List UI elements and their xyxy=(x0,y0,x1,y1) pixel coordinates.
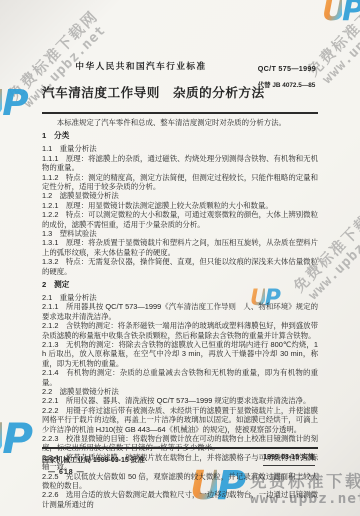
clause-paragraph: 1.1.1 原理：将滤膜上的杂质，通过磁铁、灼烧处理分别测得含铁物、有机物和无机… xyxy=(42,154,318,173)
document-content: 中华人民共和国汽车行业标准 QC/T 575—1999 代替 JB 4072.5… xyxy=(0,0,360,516)
clause-paragraph: 1.3 塑料试验法 xyxy=(42,229,318,238)
footer-rule xyxy=(42,447,318,449)
clause-paragraph: 2.2.3 校准显微镜的目镜：将载物台测微计放在可动的载物台上校准目镜测微计的刻… xyxy=(42,434,318,453)
clause-paragraph: 1.2.1 原理：用显微镜计数法测定滤膜上较大杂质颗粒的大小和数量。 xyxy=(42,201,318,210)
clause-paragraph: 2.1 重量分析法 xyxy=(42,293,318,302)
standard-society-line: 中华人民共和国汽车行业标准 xyxy=(42,60,240,72)
scanned-standard-page: 免费标准下载网 www.upbz.net 免费标准下载网 www.upbz.ne… xyxy=(0,0,360,516)
standard-number: QC/T 575—1999 xyxy=(258,64,316,73)
clause-paragraph: 2.2.2 用镊子将过滤后带有被测杂质、未经烘干的滤膜置于显微镜载片上，并使滤膜… xyxy=(42,406,318,434)
approval-line: 国家机械工业局 1999-03-15 批准 xyxy=(42,455,145,465)
clause-paragraph: 2.2.6 选用合适的放大倍数测定最大微粒尺寸，一边移动载物台，一边通过目镜测微… xyxy=(42,490,318,509)
clause-paragraph: 1.1.2 特点：测定的精度高，测定方法简便，但测定过程较长，只能作粗略的定量和… xyxy=(42,173,318,192)
clause-paragraph: 1.3.2 特点：无需复杂仪器，操作简便、直观，但只能以纹痕的深浅来大体估量微粒… xyxy=(42,257,318,276)
page-title: 汽车清洁度工作导则 杂质的分析方法 xyxy=(42,82,240,101)
clause-paragraph: 1.2.2 特点：可以测定微粒的大小和数量，可通过观察微粒的颜色，大体上辨别微粒… xyxy=(42,210,318,229)
clause-paragraph: 2.1.4 有机物的测定：杂质的总重量减去含铁物和无机物的重量，即为有机物的重量… xyxy=(42,368,318,387)
clause-paragraph: 2.1.3 无机物的测定：将除去含铁物的滤膜放入已恒重的坩埚内进行 800℃灼烧… xyxy=(42,340,318,368)
implementation-line: 1999-03-15 实施 xyxy=(263,452,315,466)
scope-paragraph: 本标准规定了汽车零件和总成、整车清洁度测定时对杂质的分析方法。 xyxy=(42,118,318,127)
header-rule xyxy=(42,112,318,114)
clause-paragraph: 2.2.1 所用仪器、器具、清洗液按 QC/T 573—1999 规定的要求选取… xyxy=(42,396,318,405)
clause-paragraph: 2.1.2 含铁物的测定：将条形磁铁一端用洁净的玻璃纸或塑料薄膜包好，伸到盛放带… xyxy=(42,321,318,340)
replaces-standard: 代替 JB 4072.5—85 xyxy=(258,80,316,89)
document-body: 本标准规定了汽车零件和总成、整车清洁度测定时对杂质的分析方法。 1 分类1.1 … xyxy=(42,118,318,509)
clause-paragraph: 2.2 滤膜显微镜分析法 xyxy=(42,387,318,396)
clause-paragraph: 1.3.1 原理：将杂质置于显微镜载片和塑料片之间，加压相互旋转，从杂质在塑料片… xyxy=(42,238,318,257)
standard-number-block: QC/T 575—1999 代替 JB 4072.5—85 xyxy=(258,64,316,89)
clause-paragraph: 1.1 重量分析法 xyxy=(42,144,318,153)
section-heading: 2 测定 xyxy=(42,280,318,289)
section-heading: 1 分类 xyxy=(42,131,318,140)
clause-paragraph: 1.2 滤膜显微镜分析法 xyxy=(42,191,318,200)
clause-paragraph: 2.1.1 所用器具按 QC/T 573—1999《汽车清洁度工作导则 人、物和… xyxy=(42,302,318,321)
page-number: — 618 — xyxy=(48,469,85,476)
